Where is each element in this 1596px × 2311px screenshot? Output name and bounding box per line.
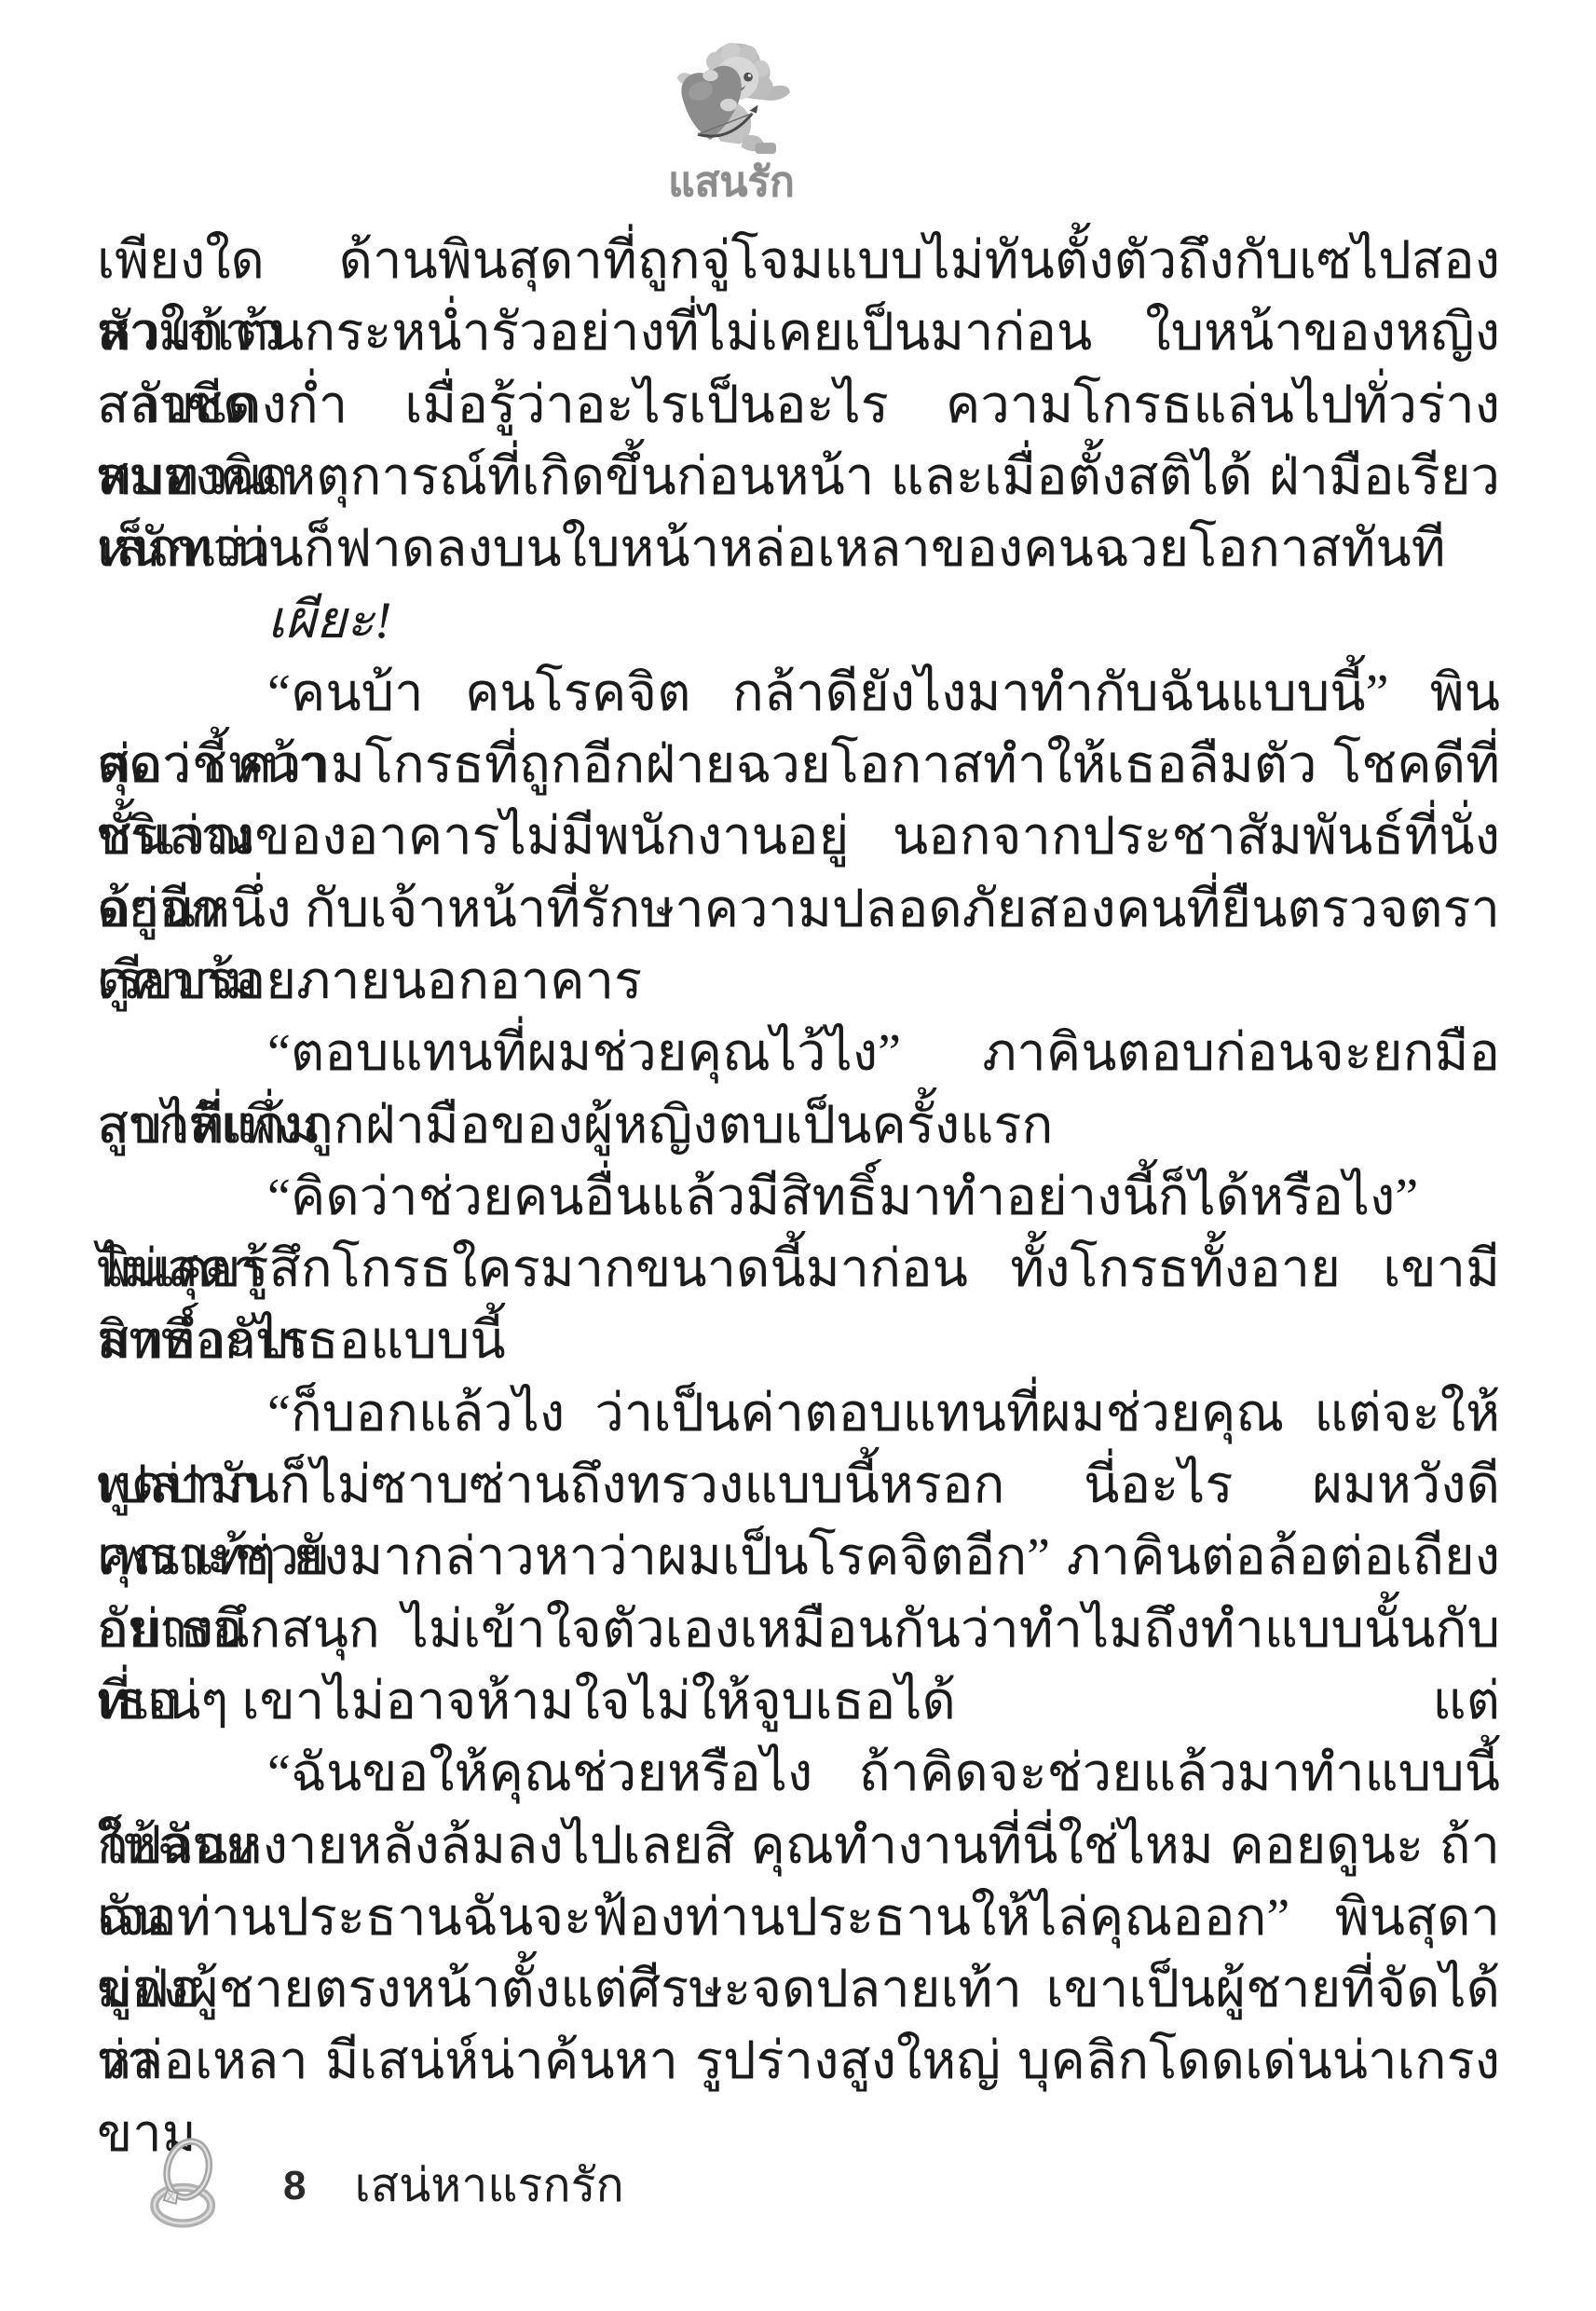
page-number: 8 (283, 2163, 306, 2209)
cupid-heart-logo-icon (662, 37, 801, 168)
text-line: ด้านหนึ่ง กับเจ้าหน้าที่รักษาความปลอดภัย… (97, 874, 1500, 946)
text-line: เจอท่านประธานฉันจะฟ้องท่านประธานให้ไล่คุ… (97, 1882, 1500, 1954)
text-line: “คนบ้า คนโรคจิต กล้าดียังไงมาทำกับฉันแบบ… (97, 658, 1500, 730)
text-line: ให้ฉันหงายหลังล้มลงไปเลยสิ คุณทำงานที่นี… (97, 1811, 1500, 1882)
text-line: เพียงใด ด้านพินสุดาที่ถูกจู่โจมแบบไม่ทัน… (97, 226, 1500, 297)
text-line: “ตอบแทนที่ผมช่วยคุณไว้ไง” ภาคินตอบก่อนจะ… (97, 1018, 1500, 1089)
text-line: ชั้นล่างของอาคารไม่มีพนักงานอยู่ นอกจากป… (97, 801, 1500, 873)
text-line: มาทำกับเธอแบบนี้ (97, 1306, 1500, 1377)
body-text: เพียงใด ด้านพินสุดาที่ถูกจู่โจมแบบไม่ทัน… (97, 226, 1500, 2099)
text-line: “ก็บอกแล้วไง ว่าเป็นค่าตอบแทนที่ผมช่วยคุ… (97, 1378, 1500, 1450)
text-line: หล่อเหลา มีเสน่ห์น่าค้นหา รูปร่างสูงใหญ่… (97, 2026, 1500, 2098)
text-line: มองผู้ชายตรงหน้าตั้งแต่ศีรษะจดปลายเท้า เ… (97, 1954, 1500, 2026)
book-title: เสน่หาแรกรัก (354, 2149, 623, 2222)
text-line: สลับแดงก่ำ เมื่อรู้ว่าอะไรเป็นอะไร ความโ… (97, 370, 1500, 442)
text-line: “ฉันขอให้คุณช่วยหรือไง ถ้าคิดจะช่วยแล้วม… (97, 1738, 1500, 1810)
text-line: สากที่เพิ่งถูกฝ่ามือของผู้หญิงตบเป็นครั้… (97, 1090, 1500, 1162)
text-line: เปล่ามันก็ไม่ซาบซ่านถึงทรวงแบบนี้หรอก นี… (97, 1450, 1500, 1522)
text-line: ไม่เคยรู้สึกโกรธใครมากขนาดนี้มาก่อน ทั้ง… (97, 1234, 1500, 1306)
text-line: ต่อว่า ความโกรธที่ถูกอีกฝ่ายฉวยโอกาสทำให… (97, 730, 1500, 801)
publisher-logo: แสนรัก (652, 37, 811, 203)
text-line: ทบทวนเหตุการณ์ที่เกิดขึ้นก่อนหน้า และเมื… (97, 442, 1500, 513)
book-page: แสนรัก เพียงใด ด้านพินสุดาที่ถูกจู่โจมแบ… (0, 0, 1596, 2311)
logo-text: แสนรัก (668, 162, 795, 203)
text-line: หัวใจเต้นกระหน่ำรัวอย่างที่ไม่เคยเป็นมาก… (97, 297, 1500, 369)
page-footer: 8 เสน่หาแรกรัก (142, 2132, 624, 2239)
text-line: เรียบร้อยภายนอกอาคาร (97, 946, 1500, 1018)
text-line: อย่างนึกสนุก ไม่เข้าใจตัวเองเหมือนกันว่า… (97, 1594, 1500, 1666)
text-line: “คิดว่าช่วยคนอื่นแล้วมีสิทธิ์มาทำอย่างนี… (97, 1162, 1500, 1234)
text-line: หนักแน่นก็ฟาดลงบนใบหน้าหล่อเหลาของคนฉวยโ… (97, 513, 1500, 585)
wedding-rings-icon (142, 2136, 227, 2236)
text-line: เผียะ! (97, 585, 1500, 657)
text-line: คุณแท้ๆ ยังมากล่าวหาว่าผมเป็นโรคจิตอีก” … (97, 1522, 1500, 1593)
